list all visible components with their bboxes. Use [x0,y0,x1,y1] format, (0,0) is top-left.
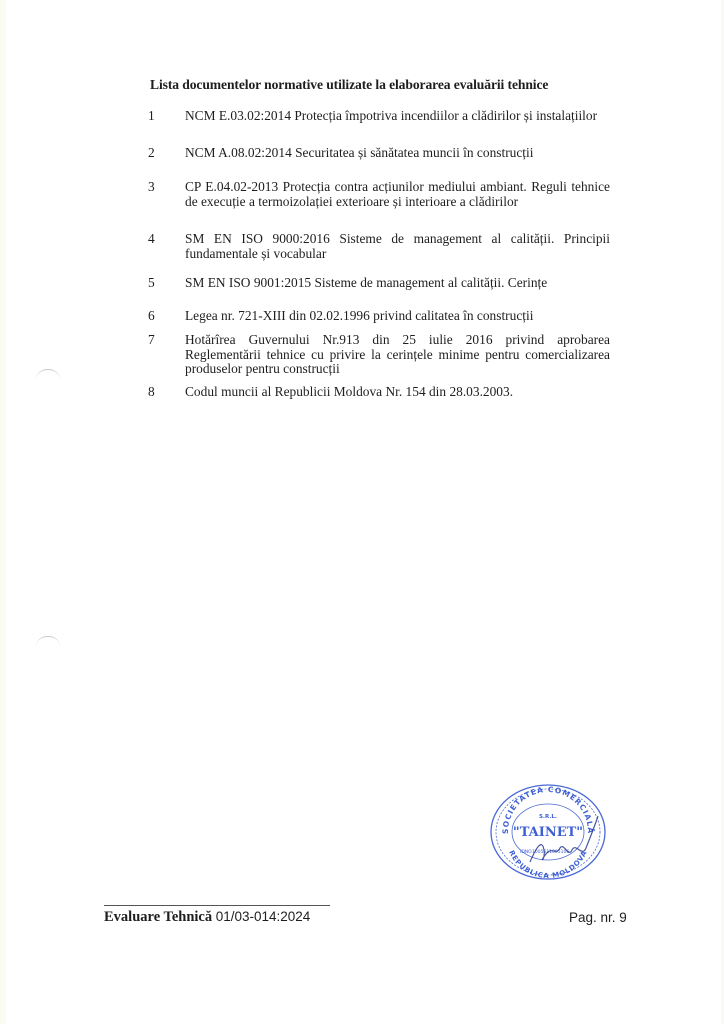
stamp-idno: 1005611005106 [532,849,569,855]
company-stamp: SOCIETATEA COMERCIALĂ REPUBLICA MOLDOVA … [486,778,610,882]
punch-hole-mark [36,636,60,647]
document-title: Lista documentelor normative utilizate l… [150,77,600,93]
item-text: Codul muncii al Republicii Moldova Nr. 1… [185,385,610,400]
stamp-idno-label: IDNO [520,849,532,855]
footer-doc-code: 01/03-014:2024 [216,909,311,924]
item-number: 1 [148,109,168,124]
item-text: Hotărîrea Guvernului Nr.913 din 25 iulie… [185,333,610,377]
footer-divider [104,905,330,906]
item-number: 7 [148,333,168,348]
item-text: NCM E.03.02:2014 Protecția împotriva inc… [185,109,610,124]
item-text: CP E.04.02-2013 Protecția contra acțiuni… [185,180,610,209]
item-number: 2 [148,146,168,161]
item-number: 5 [148,276,168,291]
item-text: NCM A.08.02:2014 Securitatea și sănătate… [185,146,610,161]
item-text: Legea nr. 721-XIII din 02.02.1996 privin… [185,309,610,324]
footer-doc-label: Evaluare Tehnică [104,909,212,925]
punch-hole-mark [36,369,60,380]
footer-document-id: Evaluare Tehnică 01/03-014:2024 [104,909,310,926]
stamp-srl: S.R.L. [539,814,557,820]
stamp-name: "TAINET" [513,825,583,840]
item-text: SM EN ISO 9000:2016 Sisteme de managemen… [185,232,610,261]
item-number: 4 [148,232,168,247]
page-number: Pag. nr. 9 [569,910,627,925]
page-edge-left [0,0,6,1024]
item-text: SM EN ISO 9001:2015 Sisteme de managemen… [185,276,610,291]
item-number: 8 [148,385,168,400]
item-number: 3 [148,180,168,195]
item-number: 6 [148,309,168,324]
